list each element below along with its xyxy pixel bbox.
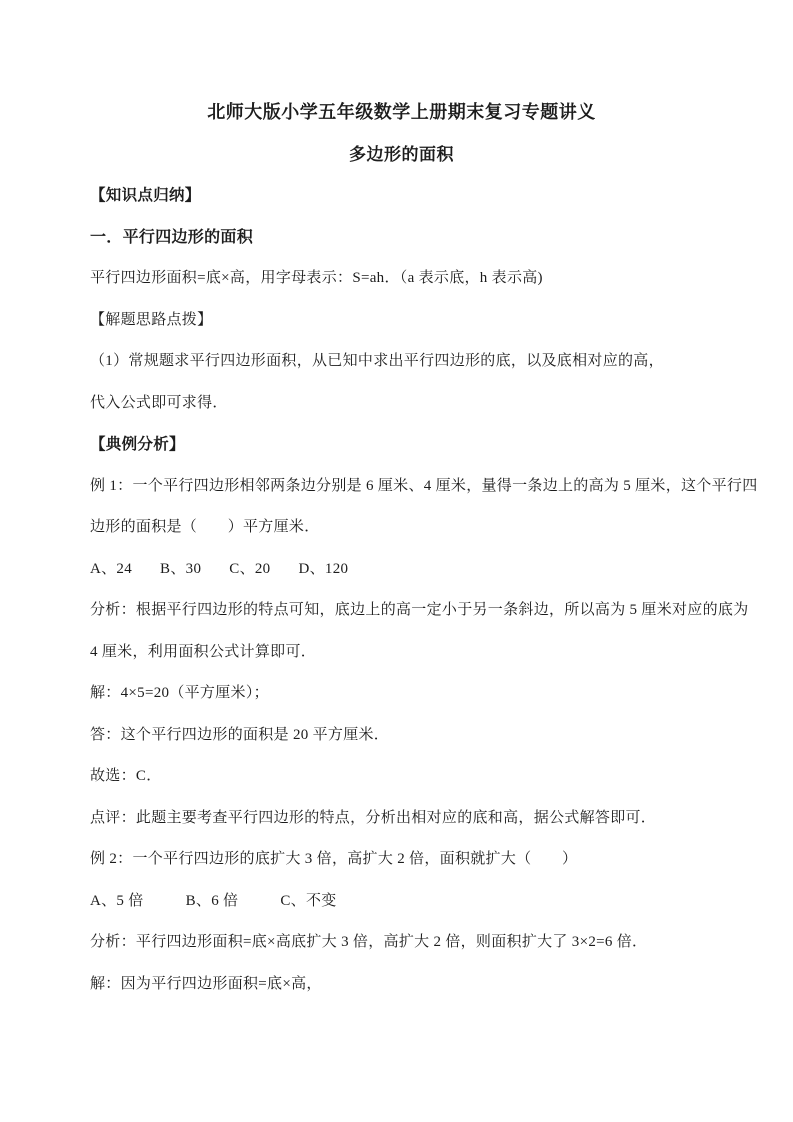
example2-question-line: 例 2：一个平行四边形的底扩大 3 倍，高扩大 2 倍，面积就扩大（ ） (90, 839, 713, 881)
example1-option-c: C、20 (229, 549, 270, 591)
example1-question-line-1: 例 1：一个平行四边形相邻两条边分别是 6 厘米、4 厘米，量得一条边上的高为 … (90, 466, 713, 508)
topic-heading-parallelogram-area: 一．平行四边形的面积 (90, 217, 713, 259)
document-content: 北师大版小学五年级数学上册期末复习专题讲义 多边形的面积 【知识点归纳】 一．平… (0, 0, 793, 1005)
knowledge-section-header: 【知识点归纳】 (90, 175, 713, 217)
strategy-text-line-2: 代入公式即可求得． (90, 383, 713, 425)
example2-option-a: A、5 倍 (90, 881, 144, 923)
example1-options-row: A、24 B、30 C、20 D、120 (90, 549, 713, 591)
examples-section-header: 【典例分析】 (90, 424, 713, 466)
example1-question-line-2: 边形的面积是（ ）平方厘米． (90, 507, 713, 549)
example1-solution-line: 解：4×5=20（平方厘米）； (90, 673, 713, 715)
example1-choice-line: 故选：C． (90, 756, 713, 798)
strategy-text-line-1: （1）常规题求平行四边形面积，从已知中求出平行四边形的底，以及底相对应的高， (90, 341, 713, 383)
example2-option-b: B、6 倍 (186, 881, 239, 923)
document-subtitle: 多边形的面积 (90, 134, 713, 176)
example1-option-d: D、120 (298, 549, 348, 591)
example1-option-a: A、24 (90, 549, 132, 591)
example2-analysis-line: 分析：平行四边形面积=底×高底扩大 3 倍，高扩大 2 倍，则面积扩大了 3×2… (90, 922, 713, 964)
example2-options-row: A、5 倍 B、6 倍 C、不变 (90, 881, 713, 923)
strategy-section-header: 【解题思路点拨】 (90, 300, 713, 342)
example1-analysis-line-2: 4 厘米，利用面积公式计算即可． (90, 632, 713, 674)
example1-analysis-line-1: 分析：根据平行四边形的特点可知，底边上的高一定小于另一条斜边，所以高为 5 厘米… (90, 590, 713, 632)
document-page: 北师大版小学五年级数学上册期末复习专题讲义 多边形的面积 【知识点归纳】 一．平… (0, 0, 793, 1122)
formula-line: 平行四边形面积=底×高，用字母表示：S=ah．（a 表示底，h 表示高) (90, 258, 713, 300)
example1-comment-line: 点评：此题主要考查平行四边形的特点，分析出相对应的底和高，据公式解答即可． (90, 798, 713, 840)
example2-option-c: C、不变 (280, 881, 336, 923)
example1-option-b: B、30 (160, 549, 201, 591)
document-title: 北师大版小学五年级数学上册期末复习专题讲义 (90, 92, 713, 134)
example1-answer-line: 答：这个平行四边形的面积是 20 平方厘米． (90, 715, 713, 757)
example2-solution-line: 解：因为平行四边形面积=底×高， (90, 964, 713, 1006)
